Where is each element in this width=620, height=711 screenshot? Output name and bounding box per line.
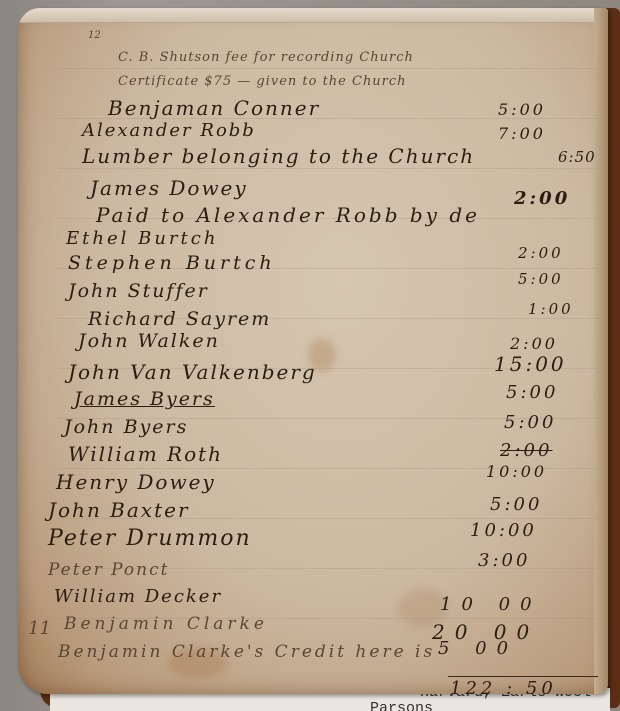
entry-name: Richard Sayrem — [88, 308, 271, 330]
entry-name: John Baxter — [48, 498, 190, 522]
entry-amount: 10 00 — [440, 594, 542, 615]
entry-amount: 10:00 — [470, 520, 537, 541]
entry-name: Paid to Alexander Robb by de — [96, 203, 480, 227]
header-note-line-1: C. B. Shutson fee for recording Church — [118, 50, 414, 65]
entry-name: Lumber belonging to the Church — [82, 144, 475, 168]
entry-amount: 5:00 — [506, 382, 558, 403]
entry-name: Alexander Robb — [82, 120, 256, 141]
entry-amount: 5 00 — [438, 638, 518, 659]
entry-name: Peter Drummon — [48, 526, 252, 551]
entry-name: Benjaman Conner — [108, 96, 320, 120]
entry-amount: 2:00 — [500, 440, 552, 461]
entry-amount: 2:00 — [514, 188, 570, 209]
margin-mark: 11 — [28, 618, 51, 639]
entry-name: John Walken — [78, 330, 220, 352]
page-marker: 12 — [88, 30, 101, 41]
entry-amount: 5:00 — [498, 100, 546, 119]
entry-amount: 7:00 — [498, 124, 546, 143]
ledger-total: 122 : 50 — [450, 678, 557, 694]
header-note-line-2: Certificate $75 — given to the Church — [118, 74, 407, 89]
entry-amount: 5:00 — [518, 270, 564, 288]
ruled-line — [58, 168, 598, 169]
entry-amount: 6:50 — [558, 148, 596, 166]
page-right-edge — [594, 8, 608, 694]
entry-amount: 15:00 — [494, 352, 567, 376]
entry-name: Benjamin Clarke — [64, 614, 268, 634]
typed-card-line-2: Parsons — [370, 700, 433, 711]
entry-name: James Dowey — [90, 176, 248, 200]
page-top-edge — [18, 8, 608, 23]
entry-amount: 3:00 — [478, 550, 530, 571]
entry-amount: 5:00 — [504, 412, 556, 433]
ruled-line — [58, 68, 598, 69]
entry-amount: 10:00 — [486, 462, 547, 481]
entry-name: John Byers — [64, 416, 188, 438]
entry-name: John Van Valkenberg — [68, 360, 317, 384]
entry-amount: 2:00 — [510, 334, 558, 353]
entry-name: Peter Ponct — [48, 560, 169, 580]
entry-name: Stephen Burtch — [68, 252, 276, 274]
entry-name: Henry Dowey — [56, 470, 216, 494]
entry-name: John Stuffer — [68, 280, 209, 302]
entry-name: William Roth — [68, 442, 223, 466]
entry-name: James Byers — [74, 388, 215, 410]
total-underline — [448, 676, 598, 677]
ledger-page: 12 C. B. Shutson fee for recording Churc… — [18, 8, 608, 694]
entry-name: William Decker — [54, 586, 222, 607]
entry-amount: 1:00 — [528, 300, 574, 318]
entry-name: Ethel Burtch — [66, 228, 218, 249]
entry-amount: 5:00 — [490, 494, 542, 515]
entry-amount: 2:00 — [518, 244, 564, 262]
entry-name: Benjamin Clarke's Credit here is — [58, 642, 435, 662]
